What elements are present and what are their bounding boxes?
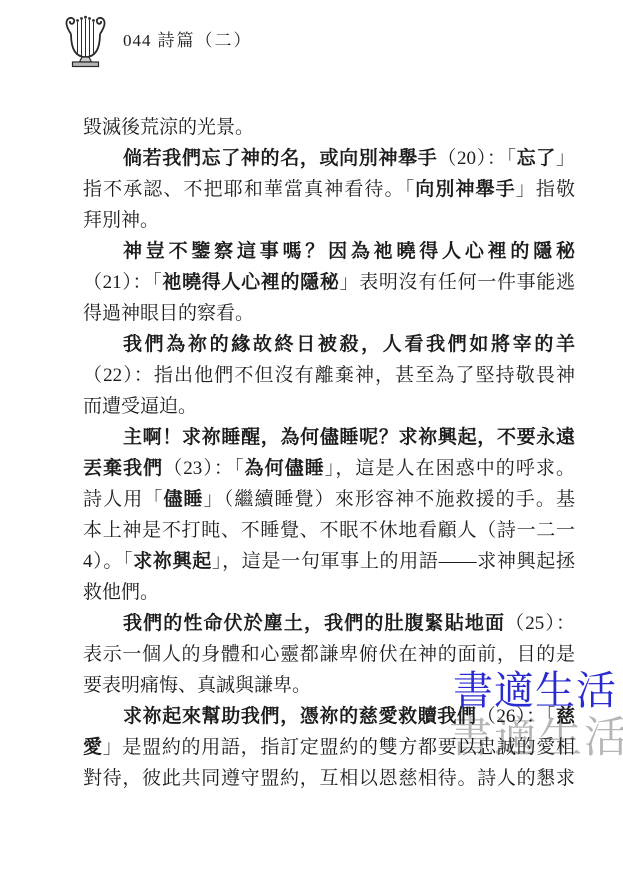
text-line: 主啊！求祢睡醒，為何儘睡呢？求祢興起，不要永遠 xyxy=(83,422,575,453)
text-line: 愛」是盟約的用語，指訂定盟約的雙方都要以忠誠的愛相 xyxy=(83,732,575,763)
text-line: 而遭受逼迫。 xyxy=(83,391,575,422)
book-title: 詩篇（二） xyxy=(158,31,253,50)
text-line: （21）：「祂曉得人心裡的隱秘」表明沒有任何一件事能逃 xyxy=(83,267,575,298)
page-header: 044詩篇（二） xyxy=(58,12,253,70)
text-line: 倘若我們忘了神的名，或向別神舉手（20）：「忘了」 xyxy=(83,143,575,174)
text-line: （22）：指出他們不但沒有離棄神，甚至為了堅持敬畏神 xyxy=(83,360,575,391)
text-line: 丟棄我們（23）：「為何儘睡」，這是人在困惑中的呼求。 xyxy=(83,453,575,484)
text-line: 4）。「求祢興起」，這是一句軍事上的用語——求神興起拯 xyxy=(83,546,575,577)
text-line: 得過神眼目的察看。 xyxy=(83,298,575,329)
text-line: 拜別神。 xyxy=(83,205,575,236)
text-line: 毀滅後荒涼的光景。 xyxy=(83,112,575,143)
text-line: 神豈不鑒察這事嗎？因為祂曉得人心裡的隱秘 xyxy=(83,236,575,267)
page-number: 044 xyxy=(123,31,152,50)
book-page: 044詩篇（二） 毀滅後荒涼的光景。倘若我們忘了神的名，或向別神舉手（20）：「… xyxy=(0,0,623,884)
text-line: 我們的性命伏於塵土，我們的肚腹緊貼地面（25）： xyxy=(83,608,575,639)
lyre-icon xyxy=(58,12,113,70)
watermark-blue: 書適生活 xyxy=(453,659,617,716)
text-line: 我們為祢的緣故終日被殺，人看我們如將宰的羊 xyxy=(83,329,575,360)
text-line: 對待，彼此共同遵守盟約，互相以恩慈相待。詩人的懇求 xyxy=(83,763,575,794)
running-head: 044詩篇（二） xyxy=(123,26,253,57)
text-line: 救他們。 xyxy=(83,577,575,608)
text-line: 指不承認、不把耶和華當真神看待。「向別神舉手」指敬 xyxy=(83,174,575,205)
text-line: 本上神是不打盹、不睡覺、不眠不休地看顧人（詩一二一 xyxy=(83,515,575,546)
text-line: 詩人用「儘睡」（繼續睡覺）來形容神不施救援的手。基 xyxy=(83,484,575,515)
